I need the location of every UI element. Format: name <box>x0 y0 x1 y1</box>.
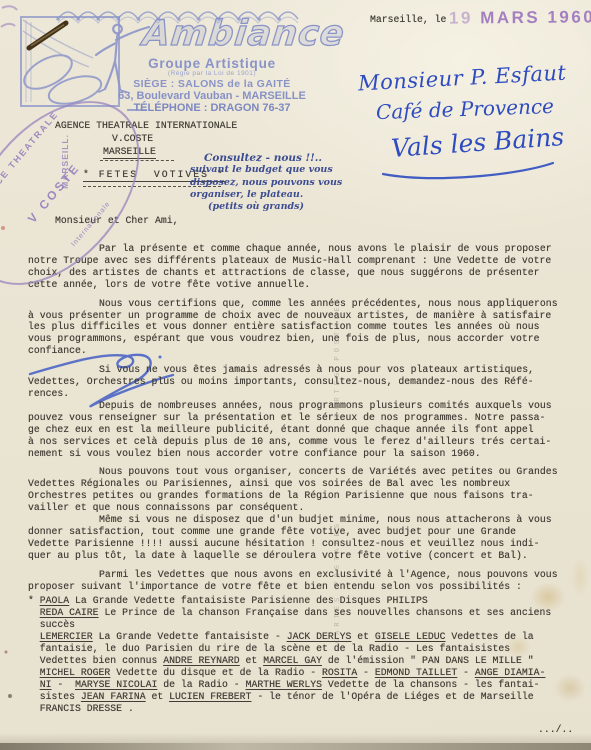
handwriting-underline <box>383 163 553 178</box>
underlined-artist-name: PAOLA <box>40 595 69 606</box>
letterhead-law-line: (Régie par la Loi de 1901) <box>168 70 256 77</box>
letter-line: vous programmons, espérant que vous voud… <box>28 333 573 345</box>
paper-speck <box>5 651 8 654</box>
letter-line: succès <box>28 619 573 631</box>
letter-line: Par la présente et comme chaque année, n… <box>28 243 573 255</box>
date-stamp: 19 MARS 1960 <box>449 7 591 28</box>
handwritten-recipient-name: Monsieur P. Esfaut <box>358 61 567 96</box>
letter-line: Vedette Parisienne !!!! aussi aucune hés… <box>28 538 573 550</box>
letter-line: fantaisie, le duo Parisien du rire de la… <box>28 643 573 655</box>
letter-line: Depuis de nombreuses années, nous progra… <box>28 400 573 412</box>
letterhead-address: 63, Boulevard Vauban - MARSEILLE <box>118 90 306 102</box>
letter-line: les plus difficiles et vous donner entiè… <box>28 321 573 333</box>
letter-paragraph: Si vous ne vous êtes jamais adressés à n… <box>28 364 573 400</box>
pen-mark <box>29 23 66 48</box>
letter-line: donner satisfaction, tout comme une gran… <box>28 526 573 538</box>
underlined-artist-name: NI <box>40 679 52 690</box>
phone-dash <box>127 109 147 111</box>
paper-watermark: CARTES POSTALES <box>334 295 342 418</box>
letter-line: Vedettes, Orchestres plus ou moins impor… <box>28 376 573 388</box>
date-place-label: Marseille, le <box>370 14 446 25</box>
letter-line: cette année, lors de votre fête votive a… <box>28 279 573 291</box>
letter-line: proposer suivant l'importance de votre f… <box>28 581 573 593</box>
consult-note-line: disposez, nous pouvons vous <box>190 177 400 189</box>
letter-line: à nos services et celà depuis plus de 10… <box>28 436 573 448</box>
letter-paragraph: Nous vous certifions que, comme les anné… <box>28 298 573 358</box>
handwritten-recipient-city: Vals les Bains <box>390 122 565 163</box>
brand-logo-text: Ambiance <box>141 14 347 54</box>
letter-line: sistes JEAN FARINA et LUCIEN FREBERT - l… <box>28 691 573 703</box>
underlined-artist-name: MICHEL ROGER <box>40 667 111 678</box>
letter-paragraph: Parmi les Vedettes que nous avons en exc… <box>28 569 573 593</box>
letter-paragraph: Nous pouvons tout vous organiser, concer… <box>28 466 573 514</box>
underlined-artist-name: LUCIEN FREBERT <box>169 691 251 702</box>
paper-speck <box>8 694 12 698</box>
letter-line: FRANCIS DRESSE . <box>28 703 573 715</box>
letter-line: Parmi les Vedettes que nous avons en exc… <box>28 569 573 581</box>
underlined-artist-name: ANDRE REYNARD <box>163 655 239 666</box>
letter-line: ge chez eux en est la meilleure publicit… <box>28 424 573 436</box>
letter-line: notre Troupe avec ses différents plateau… <box>28 255 573 267</box>
letter-line: Vedettes bien connus ANDRE REYNARD et MA… <box>28 655 573 667</box>
letter-line: * PAOLA La Grande Vedette fantaisiste Pa… <box>28 595 573 607</box>
letter-line: Même si vous ne disposez que d'un budjet… <box>28 514 573 526</box>
letter-line: Nous vous certifions que, comme les anné… <box>28 298 573 310</box>
letter-line: vailler et que nous connaissons par cons… <box>28 502 573 514</box>
date-stamp-day: 19 <box>449 8 473 27</box>
letter-paragraph: * PAOLA La Grande Vedette fantaisiste Pa… <box>28 595 573 714</box>
consult-note-line: (petits où grands) <box>190 201 400 213</box>
handwritten-recipient-venue: Café de Provence <box>376 94 555 124</box>
underlined-artist-name: ANGE DIAMIA- <box>475 667 546 678</box>
letter-line: MICHEL ROGER Vedette du disque et de la … <box>28 667 573 679</box>
underlined-artist-name: REDA CAIRE <box>40 607 99 618</box>
letter-paragraph: Même si vous ne disposez que d'un budjet… <box>28 514 573 562</box>
letter-paragraph: Depuis de nombreuses années, nous progra… <box>28 400 573 460</box>
letter-line: rences. <box>28 388 573 400</box>
underlined-artist-name: LEMERCIER <box>40 631 93 642</box>
letter-line: nement si vous voulez bien nous accorder… <box>28 448 573 460</box>
letter-body: Par la présente et comme chaque année, n… <box>28 243 573 715</box>
bottom-edge-shadow <box>0 733 591 743</box>
underlined-artist-name: GISELE LEDUC <box>375 631 446 642</box>
corner-stamp-fragment <box>1 6 17 27</box>
underlined-artist-name: MARTHE WERLYS <box>246 679 322 690</box>
underlined-artist-name: EDMOND TAILLET <box>375 667 457 678</box>
underlined-artist-name: MARYSE NICOLAI <box>75 679 157 690</box>
date-stamp-month-year: MARS 1960 <box>473 7 591 27</box>
letter-line: quer au plus tôt, la date à laquelle se … <box>28 550 573 562</box>
underlined-artist-name: MARCEL GAY <box>263 655 322 666</box>
bottom-page-edge <box>0 743 591 750</box>
consult-note: Consultez - nous !!..suivant le budget q… <box>190 152 400 213</box>
letterhead-seat-line: SIÈGE : SALONS de la GAITÉ <box>133 78 290 90</box>
underlined-artist-name: ROSITA <box>322 667 357 678</box>
letter-line: confiance. <box>28 345 573 357</box>
letter-line: Nous pouvons tout vous organiser, concer… <box>28 466 573 478</box>
underlined-artist-name: JEAN FARINA <box>81 691 146 702</box>
letterhead-subtitle: Groupe Artistique <box>148 56 276 71</box>
letter-line: choix, des artistes de chants et attract… <box>28 267 573 279</box>
vertical-marseille-stamp: MARSEILL. <box>60 134 70 189</box>
consult-note-line: Consultez - nous !!.. <box>190 152 400 164</box>
letter-line: à vous présenter un programme de choix a… <box>28 310 573 322</box>
letter-line: NI - MARYSE NICOLAI de la Radio - MARTHE… <box>28 679 573 691</box>
scanned-letter-page: Ambiance Groupe Artistique (Régie par la… <box>0 0 591 750</box>
consult-note-line: organiser, le plateau. <box>190 189 400 201</box>
paper-watermark: CARTES POSTALES <box>334 520 342 643</box>
letter-line: Orchestres petites ou grandes formations… <box>28 490 573 502</box>
letter-line: REDA CAIRE Le Prince de la chanson Franç… <box>28 607 573 619</box>
letter-line: LEMERCIER La Grande Vedette fantaisiste … <box>28 631 573 643</box>
letter-paragraph: Par la présente et comme chaque année, n… <box>28 243 573 291</box>
letter-line: pouvez vous renseigner sur la présentati… <box>28 412 573 424</box>
letter-line: Si vous ne vous êtes jamais adressés à n… <box>28 364 573 376</box>
letterhead-phone: TÉLÉPHONE : DRAGON 76-37 <box>133 102 290 114</box>
letter-line: Vedettes Régionales ou Parisiennes, ains… <box>28 478 573 490</box>
paper-stain <box>570 556 590 598</box>
consult-note-line: suivant le budget que vous <box>190 164 400 176</box>
